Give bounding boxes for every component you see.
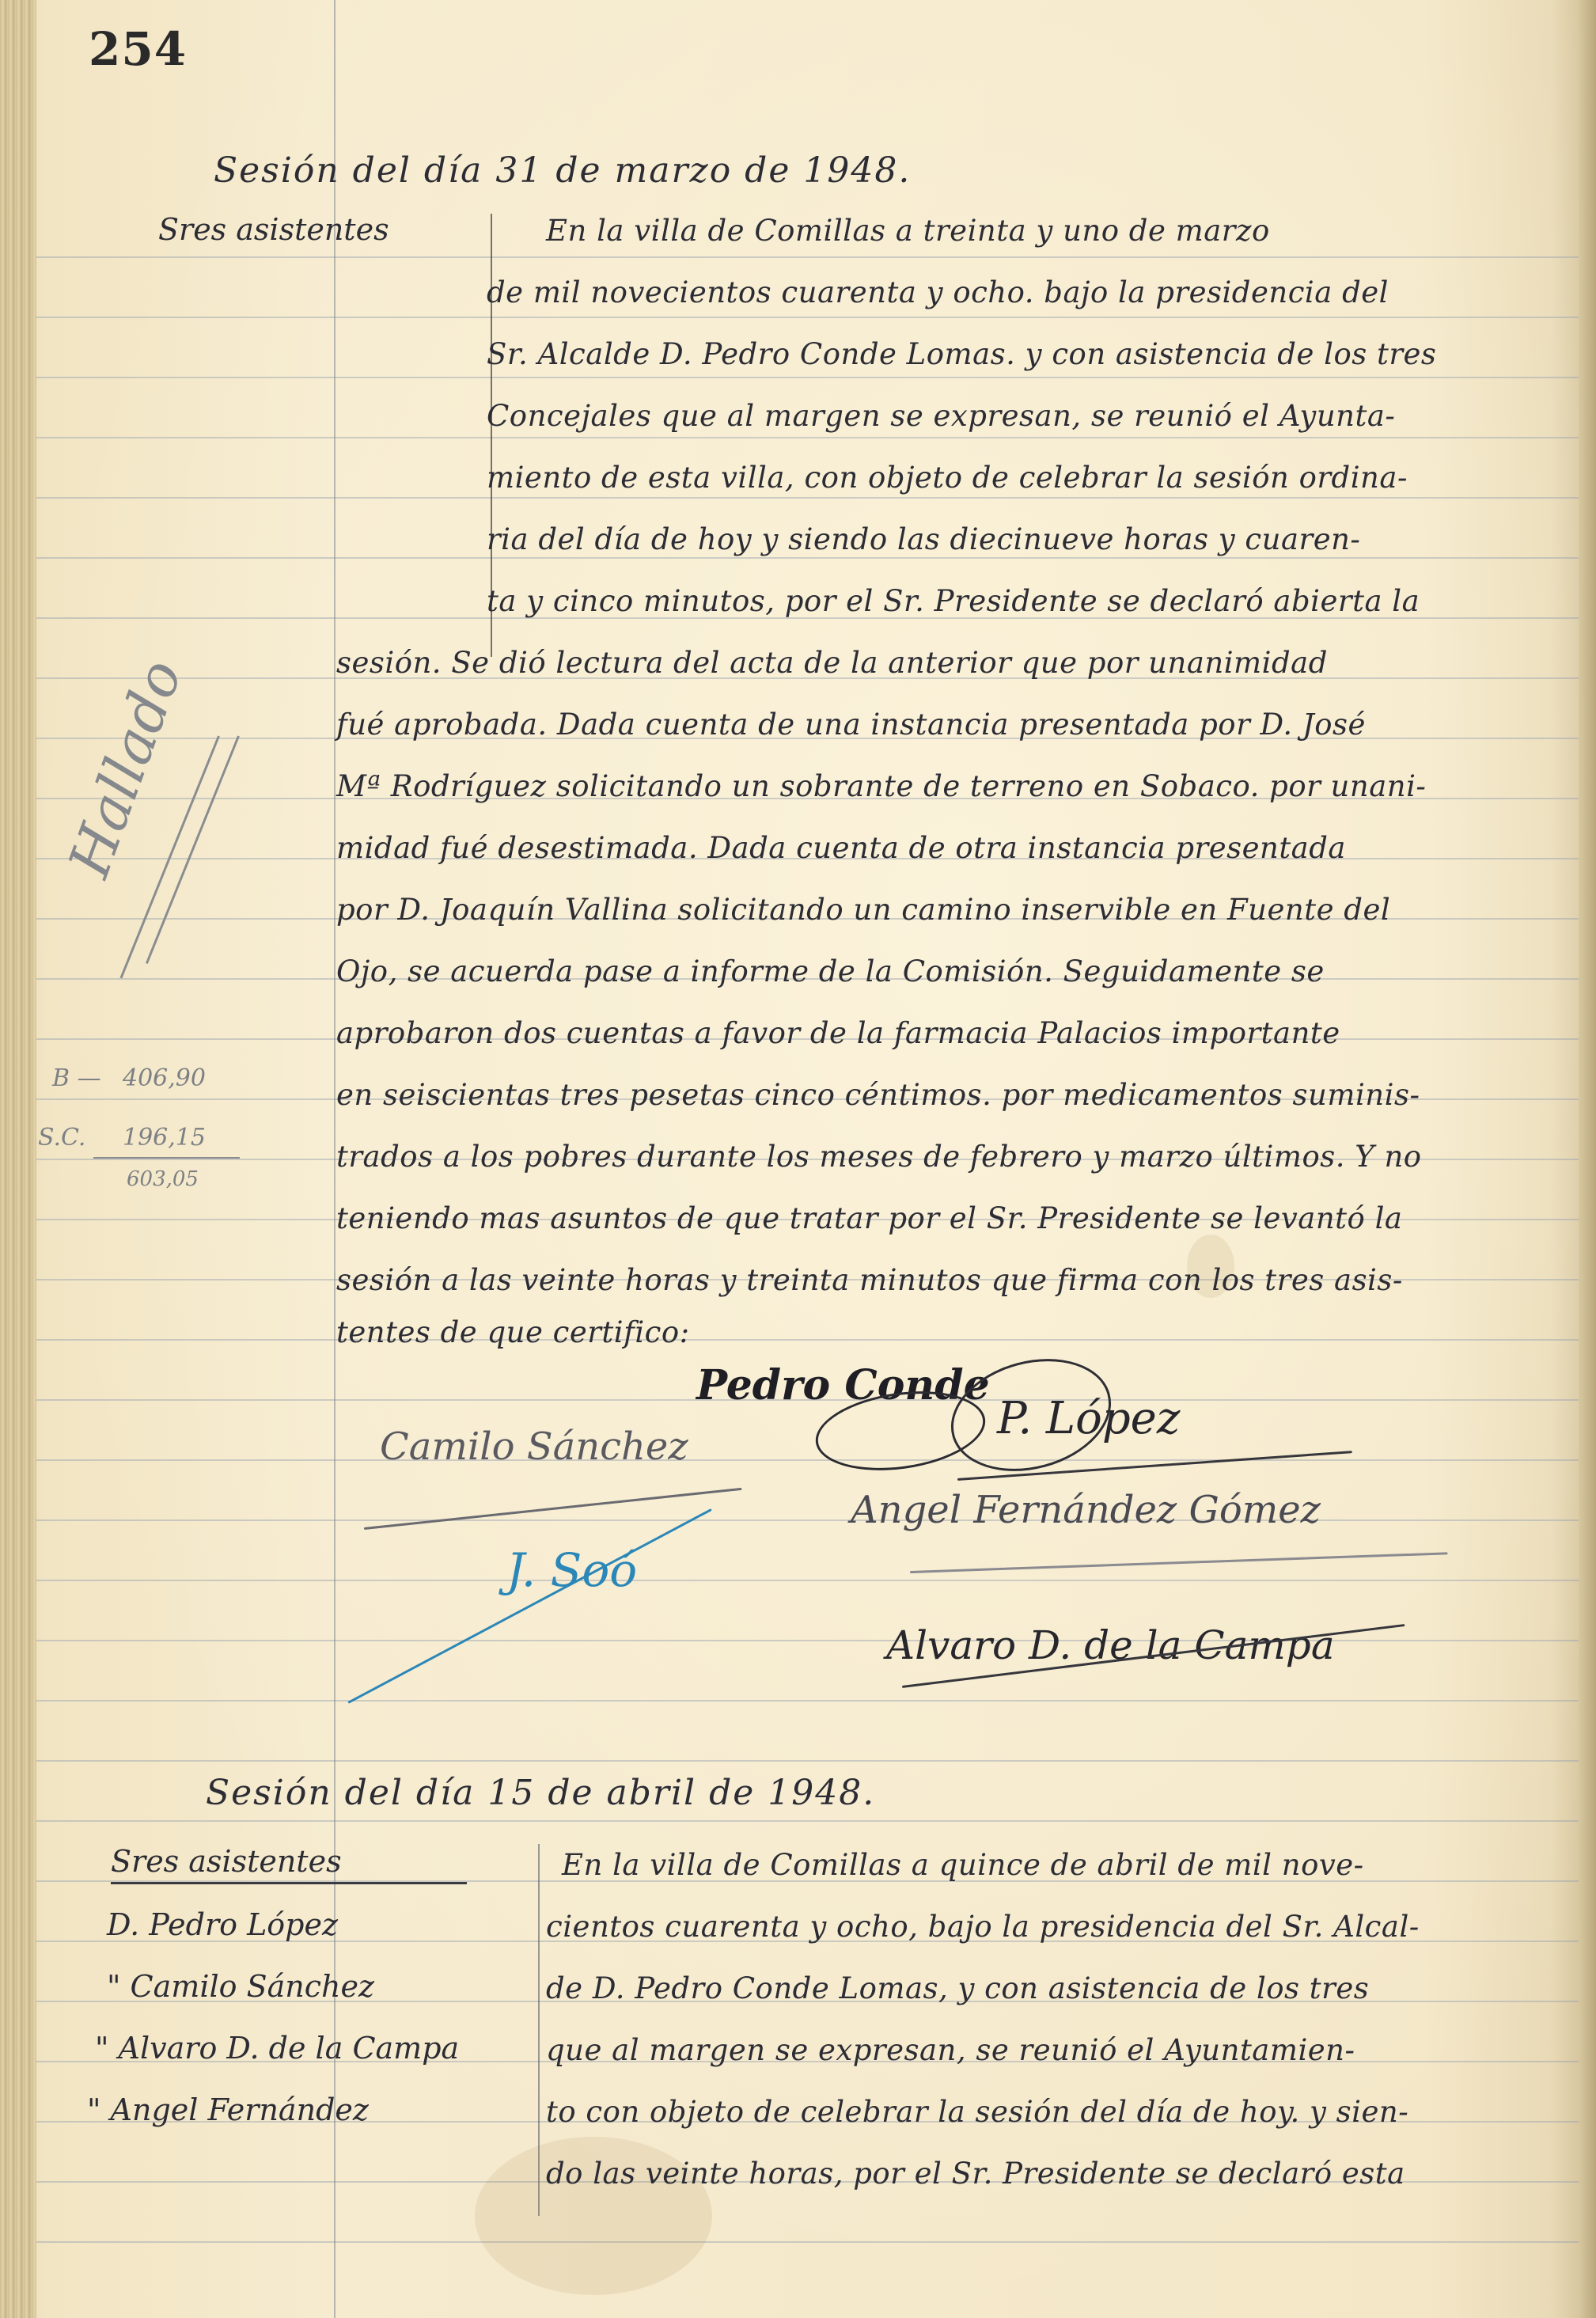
signature-j-soo: J. Soó: [506, 1543, 637, 1597]
sum-value: 406,90: [123, 1064, 206, 1092]
body-line: sesión a las veinte horas y treinta minu…: [336, 1263, 1403, 1297]
body-line: trados a los pobres durante los meses de…: [336, 1140, 1422, 1174]
body-line: ta y cinco minutos, por el Sr. President…: [487, 584, 1420, 618]
attendee: " Alvaro D. de la Campa: [95, 2031, 459, 2066]
body-line: fué aprobada. Dada cuenta de una instanc…: [336, 708, 1366, 742]
body-line: ria del día de hoy y siendo las diecinue…: [487, 522, 1360, 556]
session-1-attendees-label: Sres asistentes: [158, 212, 389, 247]
attendee: " Angel Fernández: [87, 2092, 369, 2127]
body-line: midad fué desestimada. Dada cuenta de ot…: [336, 831, 1346, 865]
ledger-page: 254 Sesión del día 31 de marzo de 1948. …: [0, 0, 1596, 2318]
session-2-heading: Sesión del día 15 de abril de 1948.: [206, 1773, 875, 1813]
body-line: Sr. Alcalde D. Pedro Conde Lomas. y con …: [487, 337, 1436, 371]
body-line: de mil novecientos cuarenta y ocho. bajo…: [487, 275, 1389, 309]
body-line: miento de esta villa, con objeto de cele…: [487, 461, 1408, 495]
body-line: Ojo, se acuerda pase a informe de la Com…: [336, 954, 1325, 988]
page-number: 254: [89, 22, 187, 76]
body-line: En la villa de Comillas a treinta y uno …: [546, 214, 1270, 248]
body-line: to con objeto de celebrar la sesión del …: [546, 2095, 1408, 2129]
body-line: en seiscientas tres pesetas cinco céntim…: [336, 1078, 1420, 1112]
body-line: de D. Pedro Conde Lomas, y con asistenci…: [546, 1971, 1369, 2005]
body-line: que al margen se expresan, se reunió el …: [546, 2033, 1355, 2067]
body-line: do las veinte horas, por el Sr. Presiden…: [546, 2157, 1405, 2191]
book-binding: [0, 0, 36, 2318]
session-1-heading: Sesión del día 31 de marzo de 1948.: [214, 150, 911, 191]
sum-rule: [93, 1157, 240, 1159]
sum-label: B —: [52, 1064, 101, 1092]
body-line: teniendo mas asuntos de que tratar por e…: [336, 1201, 1402, 1235]
sum-value: 196,15: [123, 1124, 206, 1151]
body-line: tentes de que certifico:: [336, 1315, 690, 1349]
body-line: Mª Rodríguez solicitando un sobrante de …: [336, 769, 1426, 803]
signature-camilo-sanchez: Camilo Sánchez: [380, 1425, 688, 1469]
page-edge: [1579, 0, 1596, 2318]
sum-total: 603,05: [127, 1167, 199, 1191]
body-line: Concejales que al margen se expresan, se…: [487, 399, 1395, 433]
body-line: aprobaron dos cuentas a favor de la farm…: [336, 1016, 1340, 1050]
attendee: D. Pedro López: [107, 1907, 338, 1942]
sum-label: S.C.: [38, 1124, 85, 1151]
body-line: cientos cuarenta y ocho, bajo la preside…: [546, 1910, 1420, 1944]
session-2-attendees-label: Sres asistentes: [111, 1844, 467, 1884]
body-line: sesión. Se dió lectura del acta de la an…: [336, 646, 1328, 680]
attendee: " Camilo Sánchez: [107, 1969, 374, 2004]
body-line: En la villa de Comillas a quince de abri…: [562, 1848, 1364, 1882]
signature-angel-fernandez: Angel Fernández Gómez: [851, 1488, 1321, 1532]
body-line: por D. Joaquín Vallina solicitando un ca…: [336, 893, 1390, 927]
